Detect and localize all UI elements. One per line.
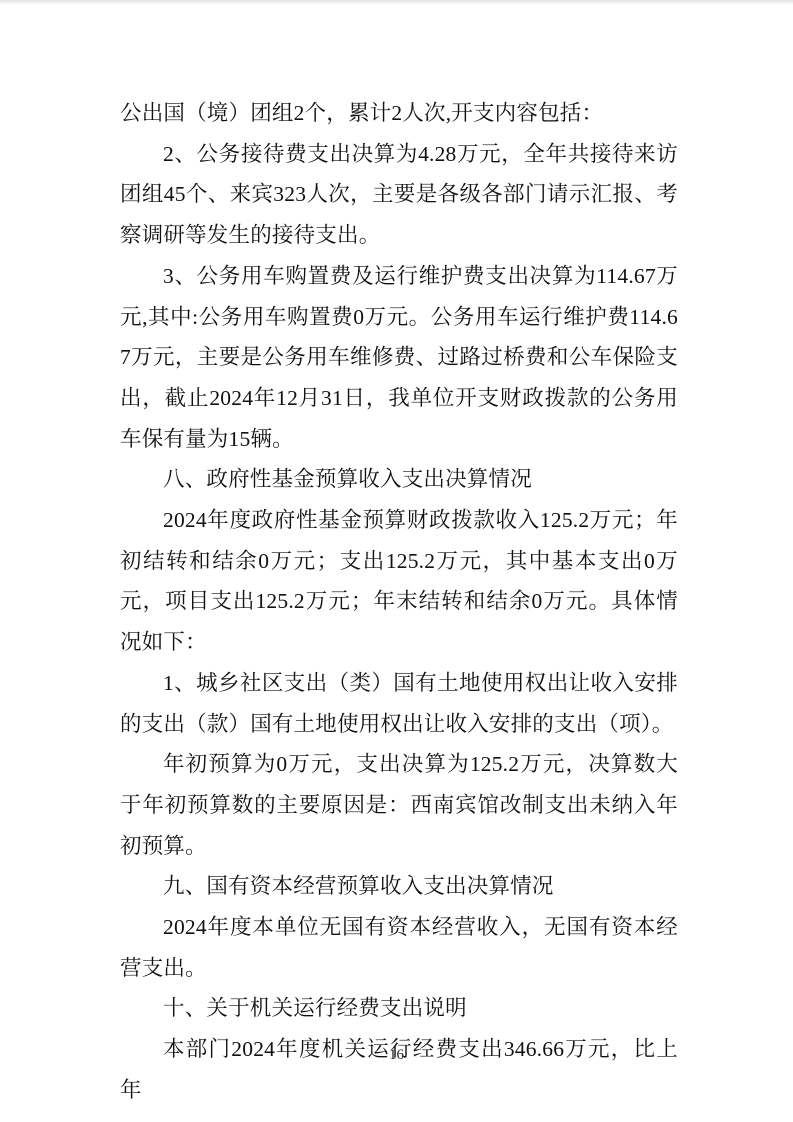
paragraph-state-capital-operation: 2024年度本单位无国有资本经营收入，无国有资本经营支出。 <box>120 907 678 988</box>
paragraph-budget-variance-reason: 年初预算为0万元，支出决算为125.2万元，决算数大于年初预算数的主要原因是：西… <box>120 744 678 866</box>
paragraph-continuation: 公出国（境）团组2个，累计2人次,开支内容包括： <box>120 93 678 134</box>
paragraph-government-fund-budget: 2024年度政府性基金预算财政拨款收入125.2万元；年初结转和结余0万元；支出… <box>120 500 678 663</box>
section-heading-9: 九、国有资本经营预算收入支出决算情况 <box>120 866 678 907</box>
page-top-edge <box>0 0 793 5</box>
paragraph-agency-operating-expenses: 本部门2024年度机关运行经费支出346.66万元，比上年 <box>120 1029 678 1110</box>
document-body: 公出国（境）团组2个，累计2人次,开支内容包括： 2、公务接待费支出决算为4.2… <box>120 93 678 1111</box>
page-number: 16 <box>0 1047 793 1064</box>
section-heading-8: 八、政府性基金预算收入支出决算情况 <box>120 459 678 500</box>
paragraph-official-vehicles: 3、公务用车购置费及运行维护费支出决算为114.67万元,其中:公务用车购置费0… <box>120 256 678 460</box>
paragraph-urban-rural-community-expenditure: 1、城乡社区支出（类）国有土地使用权出让收入安排的支出（款）国有土地使用权出让收… <box>120 663 678 744</box>
document-page: 公出国（境）团组2个，累计2人次,开支内容包括： 2、公务接待费支出决算为4.2… <box>0 0 793 1122</box>
paragraph-official-reception: 2、公务接待费支出决算为4.28万元，全年共接待来访团组45个、来宾323人次，… <box>120 134 678 256</box>
section-heading-10: 十、关于机关运行经费支出说明 <box>120 988 678 1029</box>
